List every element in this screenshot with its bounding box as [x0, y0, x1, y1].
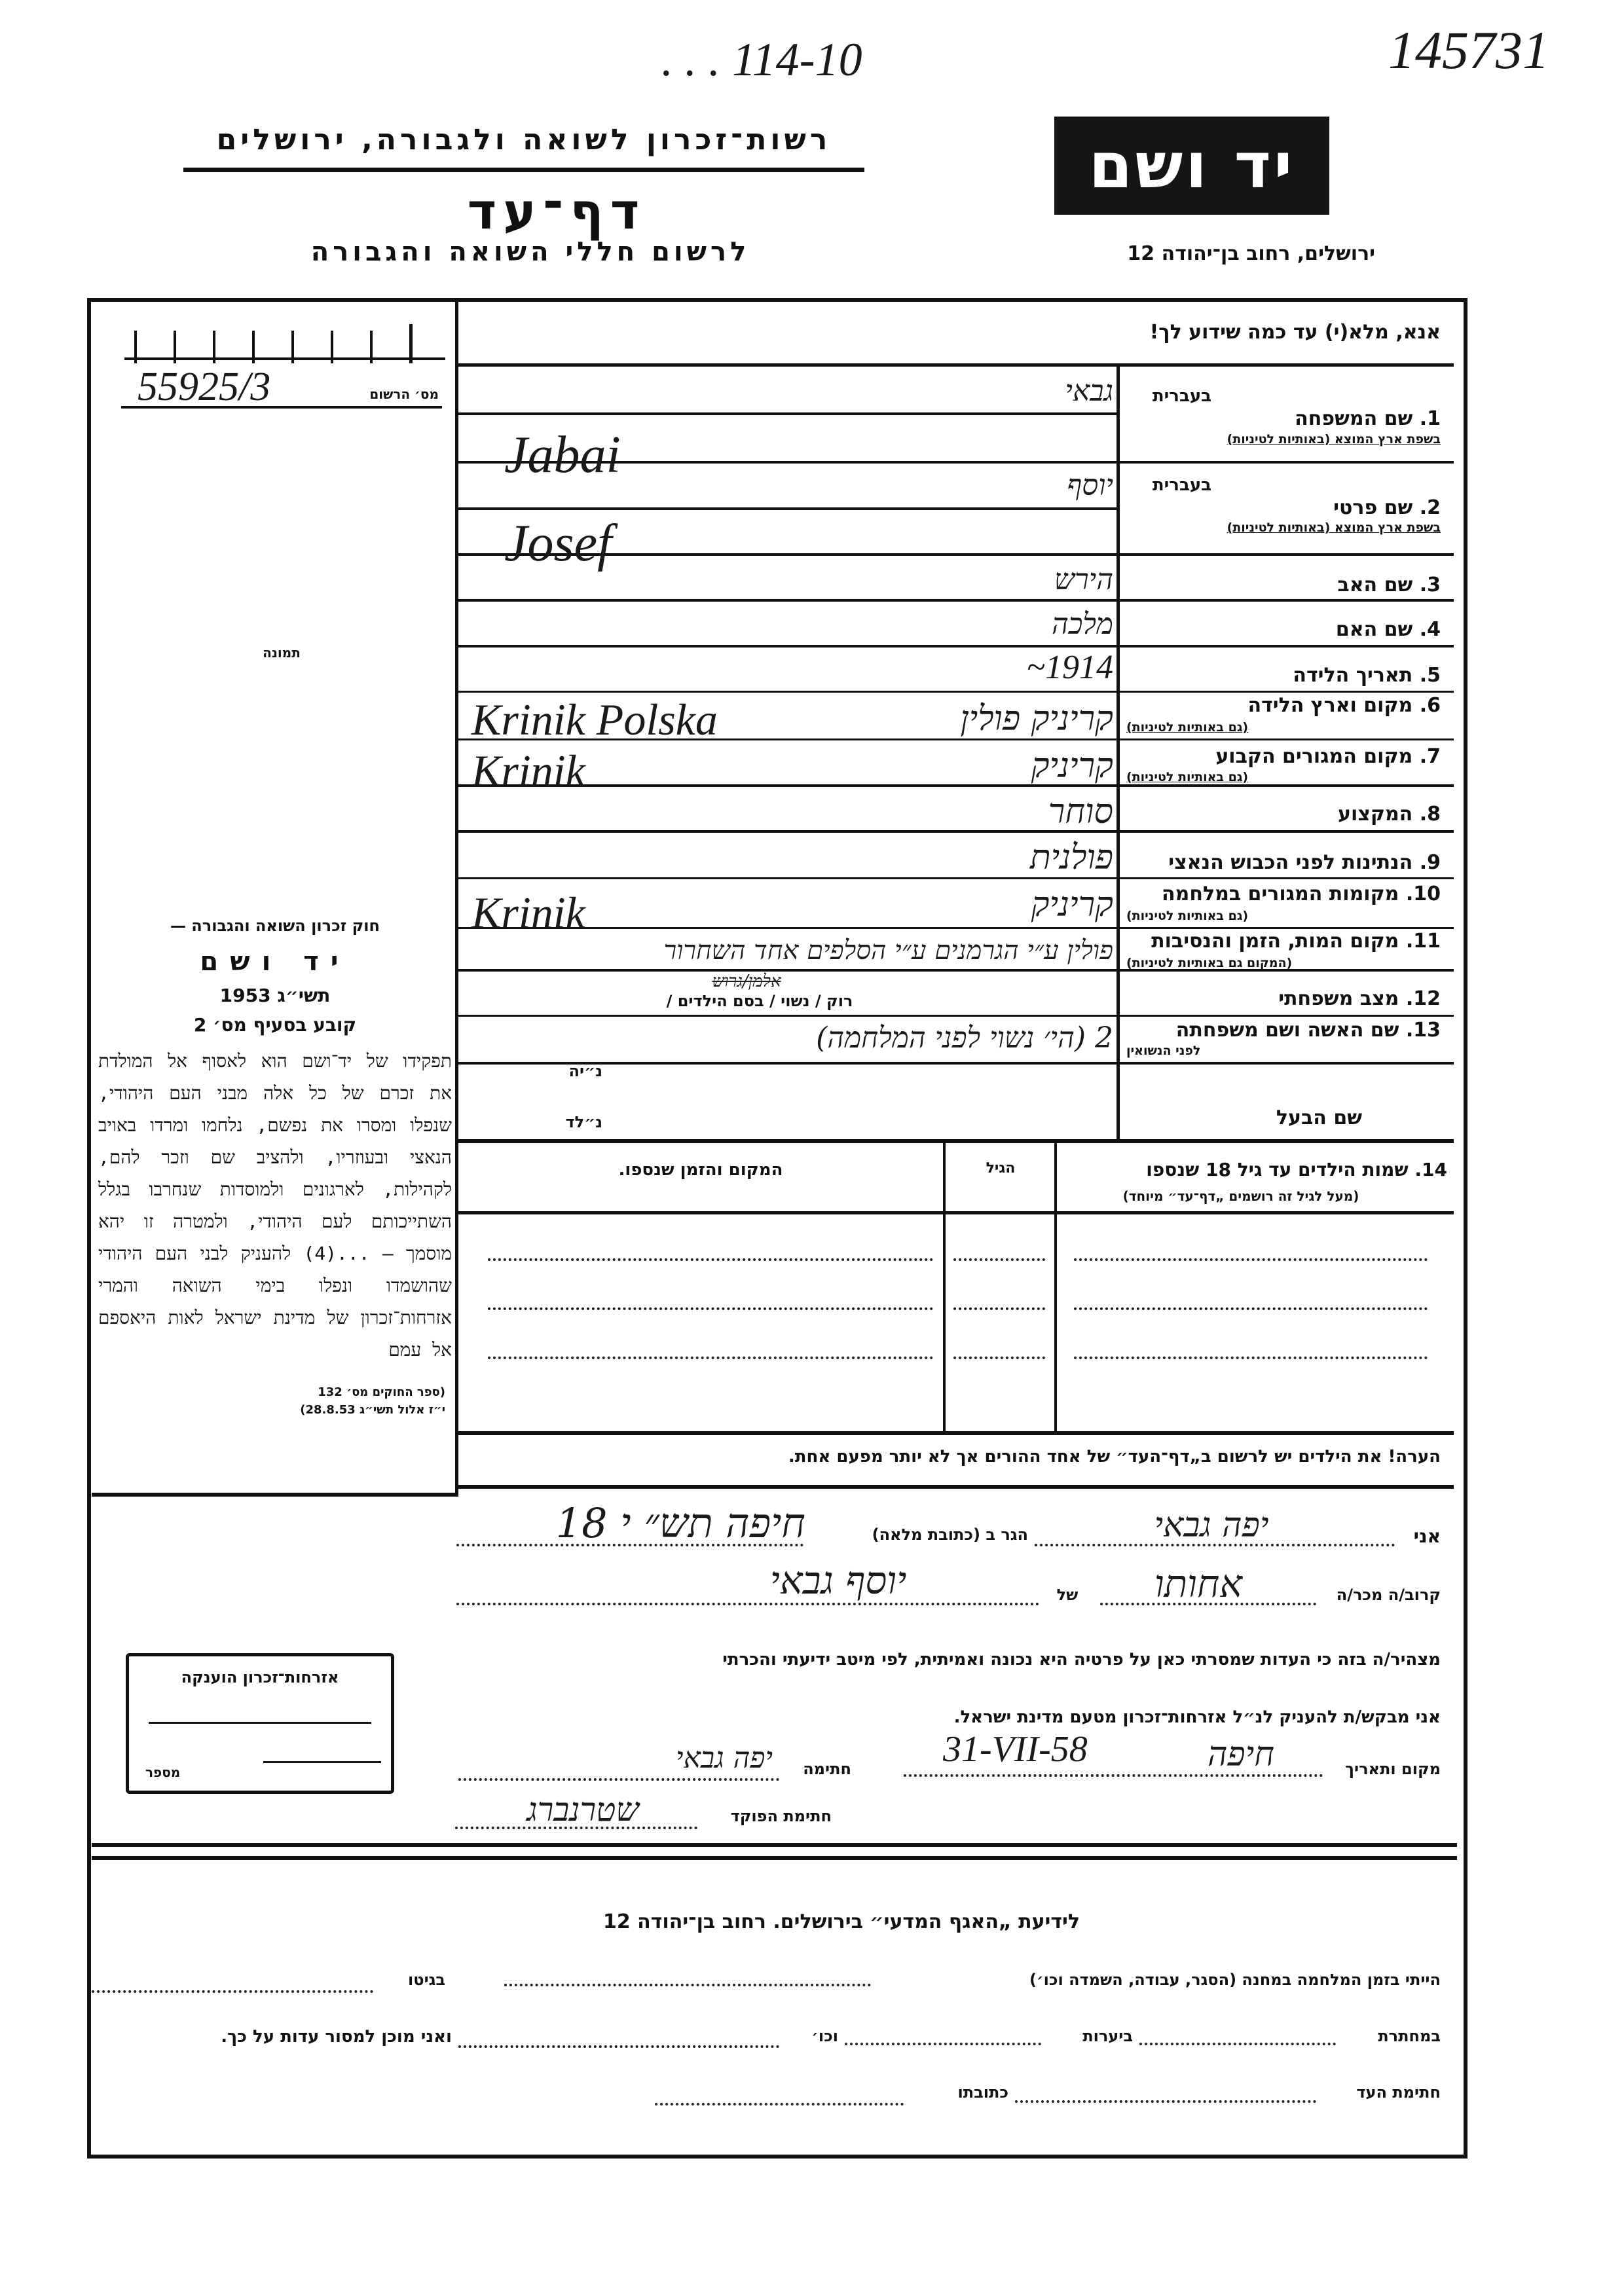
- children-note: הערה! את הילדים יש לרשום ב„דף־העד״ של אח…: [471, 1447, 1441, 1467]
- value-occupation: סוחר: [969, 792, 1113, 831]
- column-place-time: המקום והזמן שנספו.: [465, 1160, 936, 1180]
- header-rule: [183, 168, 864, 172]
- declaration-statement: מצהיר/ה בזה כי העדות שמסרתי כאן על פרטיה…: [471, 1650, 1441, 1669]
- declarant-address: חיפה תש״ י 18: [478, 1499, 805, 1548]
- ghetto-field[interactable]: [92, 1990, 373, 1993]
- value-residence-hebrew: קריניק: [969, 746, 1113, 786]
- maiden-name-label: נ״יה: [537, 1062, 602, 1080]
- value-birth-place-latin: Krinik Polska: [471, 694, 718, 746]
- date-value: 31-VII-58: [943, 1728, 1088, 1770]
- photo-placeholder-label: תמונה: [223, 645, 341, 661]
- underground-field[interactable]: [1139, 2043, 1336, 2045]
- organization-name: רשות־זכרון לשואה ולגבורה, ירושלים: [183, 123, 864, 156]
- archive-reference: . . . 114-10: [661, 33, 862, 87]
- value-residence-latin: Krinik: [471, 745, 585, 797]
- value-wartime-residence-latin: Krinik: [471, 887, 585, 939]
- child-row-1[interactable]: [1074, 1258, 1428, 1261]
- archive-title: לידיעת „האגף המדעי״ בירושלים. רחוב בן־יה…: [498, 1910, 1185, 1933]
- marital-options: רוק / נשוי / בסם הילדים /: [589, 992, 930, 1010]
- child-row-3[interactable]: [1074, 1357, 1428, 1359]
- intro-divider: [458, 363, 1454, 367]
- column-age: הגיל: [948, 1160, 1053, 1176]
- value-wife-name: 2 (הי׳ נשוי לפני המלחמה): [642, 1021, 1113, 1055]
- camp-field[interactable]: [504, 1984, 871, 1986]
- witness-address-field[interactable]: [655, 2103, 904, 2105]
- value-birth-date: ~1914: [982, 648, 1113, 687]
- intro-text: אנא, מלא(י) עד כמה שידוע לך!: [786, 321, 1441, 344]
- witness-signature-field[interactable]: [1015, 2100, 1316, 2103]
- declarant-name: יפה גבאי: [1048, 1506, 1375, 1545]
- marital-struck-option: אלמן/גרוש: [661, 972, 832, 991]
- citizenship-request: אני מבקש/ת להעניק לנ״ל אזרחות־זכרון מטעם…: [720, 1707, 1441, 1727]
- sidebar-divider: [455, 301, 458, 1493]
- memorial-citizenship-box: אזרחות־זכרון הוענקה מספר: [126, 1653, 394, 1794]
- declarant-signature: יפה גבאי: [485, 1741, 773, 1775]
- item-number: 145731: [1388, 20, 1549, 81]
- deceased-name-field[interactable]: [456, 1603, 1039, 1605]
- form-title: דף־עד: [327, 182, 786, 240]
- yad-vashem-logo: יד ושם: [1054, 117, 1329, 215]
- label-column-divider: [1116, 367, 1120, 1139]
- signature-field[interactable]: [458, 1778, 779, 1781]
- value-mother-name: מלכה: [969, 608, 1113, 641]
- registration-number: 55925/3: [138, 364, 270, 410]
- value-birth-place-hebrew: קריניק פולין: [858, 699, 1113, 738]
- address: ירושלים, רחוב בן־יהודה 12: [1054, 242, 1375, 265]
- value-death-place: פולין ע״י הגרמנים ע״י הסלפים אחד השחרור: [485, 935, 1113, 966]
- deceased-name: יוסף גבאי: [655, 1558, 1022, 1603]
- value-father-name: הירש: [969, 563, 1113, 596]
- value-first-name-latin: Josef: [504, 514, 612, 574]
- relation-value: אחותו: [1100, 1561, 1297, 1606]
- other-field[interactable]: [458, 2045, 779, 2048]
- registration-label: מס׳ הרשום: [301, 386, 439, 402]
- value-family-name-hebrew: גבאי: [995, 374, 1113, 408]
- officer-signature: שטרנברג: [458, 1791, 707, 1829]
- form-subtitle: לרשום חללי השואה והגבורה: [249, 237, 812, 267]
- place-date-field[interactable]: [904, 1774, 1323, 1777]
- value-first-name-hebrew: יוסף: [995, 469, 1113, 502]
- value-nationality: פולנית: [969, 838, 1113, 877]
- law-excerpt: חוק זכרון השואה והגבורה — יד ושם תשי״ג 1…: [98, 917, 452, 1417]
- forests-field[interactable]: [845, 2043, 1041, 2045]
- value-family-name-latin: Jabai: [504, 426, 621, 485]
- place-value: חיפה: [1185, 1735, 1297, 1774]
- child-row-2[interactable]: [1074, 1307, 1428, 1310]
- value-wartime-residence-hebrew: קריניק: [969, 885, 1113, 924]
